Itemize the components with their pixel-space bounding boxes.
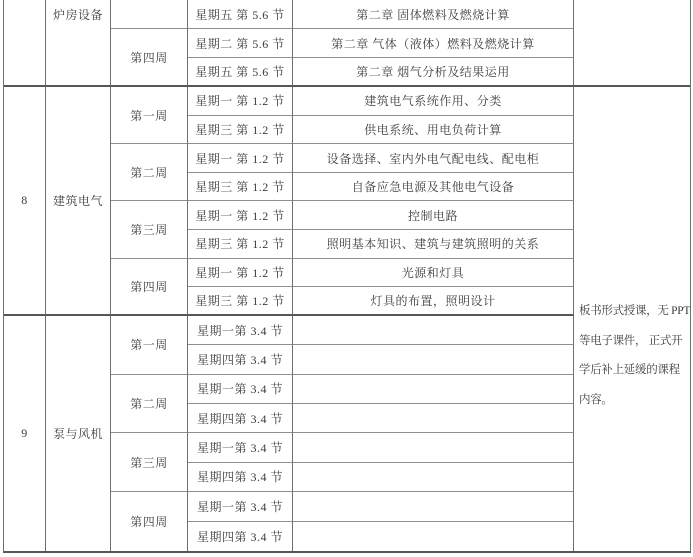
day-session-cell: 星期五 第 5.6 节: [188, 58, 293, 87]
day-session-cell: 星期四第 3.4 节: [188, 345, 293, 374]
schedule-table: 炉房设备 第四周 星期五 第 5.6 节 星期二 第 5.6 节 星期五 第 5…: [3, 0, 691, 553]
course-name-cell: 建筑电气: [46, 87, 111, 316]
week-cell: 第四周: [111, 492, 188, 551]
day-session-cell: 星期一 第 1.2 节: [188, 87, 293, 116]
day-session-cell: 星期五 第 5.6 节: [188, 0, 293, 29]
remarks-cell: [574, 0, 690, 87]
day-session-cell: 星期四第 3.4 节: [188, 522, 293, 551]
row-number-cell: 9: [4, 316, 46, 551]
remarks-line: 内容。: [579, 386, 688, 416]
week-cell: 第三周: [111, 201, 188, 258]
lesson-content-cell: 第二章 固体燃料及燃烧计算: [293, 0, 574, 29]
course-name-cell: 泵与风机: [46, 316, 111, 551]
lesson-content-cell: 照明基本知识、建筑与建筑照明的关系: [293, 230, 574, 259]
day-session-cell: 星期三 第 1.2 节: [188, 287, 293, 316]
row-number-cell: [4, 0, 46, 87]
week-cell: 第三周: [111, 433, 188, 492]
week-cell: 第四周: [111, 259, 188, 316]
lesson-content-cell: 自备应急电源及其他电气设备: [293, 173, 574, 202]
lesson-content-cell: [293, 345, 574, 374]
lesson-content-cell: [293, 316, 574, 345]
week-cell: 第四周: [111, 29, 188, 87]
lesson-content-cell: 第二章 气体（液体）燃料及燃烧计算: [293, 29, 574, 58]
day-session-cell: 星期四第 3.4 节: [188, 463, 293, 492]
week-cell: [111, 0, 188, 29]
remarks-line: 学后补上延缓的课程: [579, 356, 688, 386]
day-session-cell: 星期三 第 1.2 节: [188, 230, 293, 259]
lesson-content-cell: [293, 404, 574, 433]
row-number-cell: 8: [4, 87, 46, 316]
remarks-cell: 板书形式授课，无 PPT 等电子课件， 正式开 学后补上延缓的课程 内容。: [574, 87, 690, 551]
lesson-content-cell: [293, 522, 574, 551]
day-session-cell: 星期一第 3.4 节: [188, 316, 293, 345]
day-session-cell: 星期一 第 1.2 节: [188, 144, 293, 173]
day-session-cell: 星期四第 3.4 节: [188, 404, 293, 433]
lesson-content-cell: 供电系统、用电负荷计算: [293, 116, 574, 145]
week-cell: 第二周: [111, 144, 188, 201]
remarks-line: 等电子课件， 正式开: [579, 327, 688, 357]
lesson-content-cell: 建筑电气系统作用、分类: [293, 87, 574, 116]
lesson-content-cell: 设备选择、室内外电气配电线、配电柜: [293, 144, 574, 173]
lesson-content-cell: [293, 492, 574, 521]
week-cell: 第二周: [111, 375, 188, 434]
lesson-content-cell: [293, 463, 574, 492]
day-session-cell: 星期三 第 1.2 节: [188, 116, 293, 145]
week-cell: 第一周: [111, 87, 188, 144]
day-session-cell: 星期一 第 1.2 节: [188, 259, 293, 288]
lesson-content-cell: 第二章 烟气分析及结果运用: [293, 58, 574, 87]
day-session-cell: 星期一第 3.4 节: [188, 433, 293, 462]
day-session-cell: 星期一 第 1.2 节: [188, 201, 293, 230]
day-session-cell: 星期二 第 5.6 节: [188, 29, 293, 58]
lesson-content-cell: [293, 375, 574, 404]
day-session-cell: 星期一第 3.4 节: [188, 375, 293, 404]
day-session-cell: 星期一第 3.4 节: [188, 492, 293, 521]
lesson-content-cell: 光源和灯具: [293, 259, 574, 288]
day-session-cell: 星期三 第 1.2 节: [188, 173, 293, 202]
lesson-content-cell: 灯具的布置，照明设计: [293, 287, 574, 316]
course-name-cell: 炉房设备: [46, 0, 111, 87]
lesson-content-cell: 控制电路: [293, 201, 574, 230]
week-cell: 第一周: [111, 316, 188, 375]
remarks-line: 板书形式授课，无 PPT: [579, 297, 688, 327]
lesson-content-cell: [293, 433, 574, 462]
